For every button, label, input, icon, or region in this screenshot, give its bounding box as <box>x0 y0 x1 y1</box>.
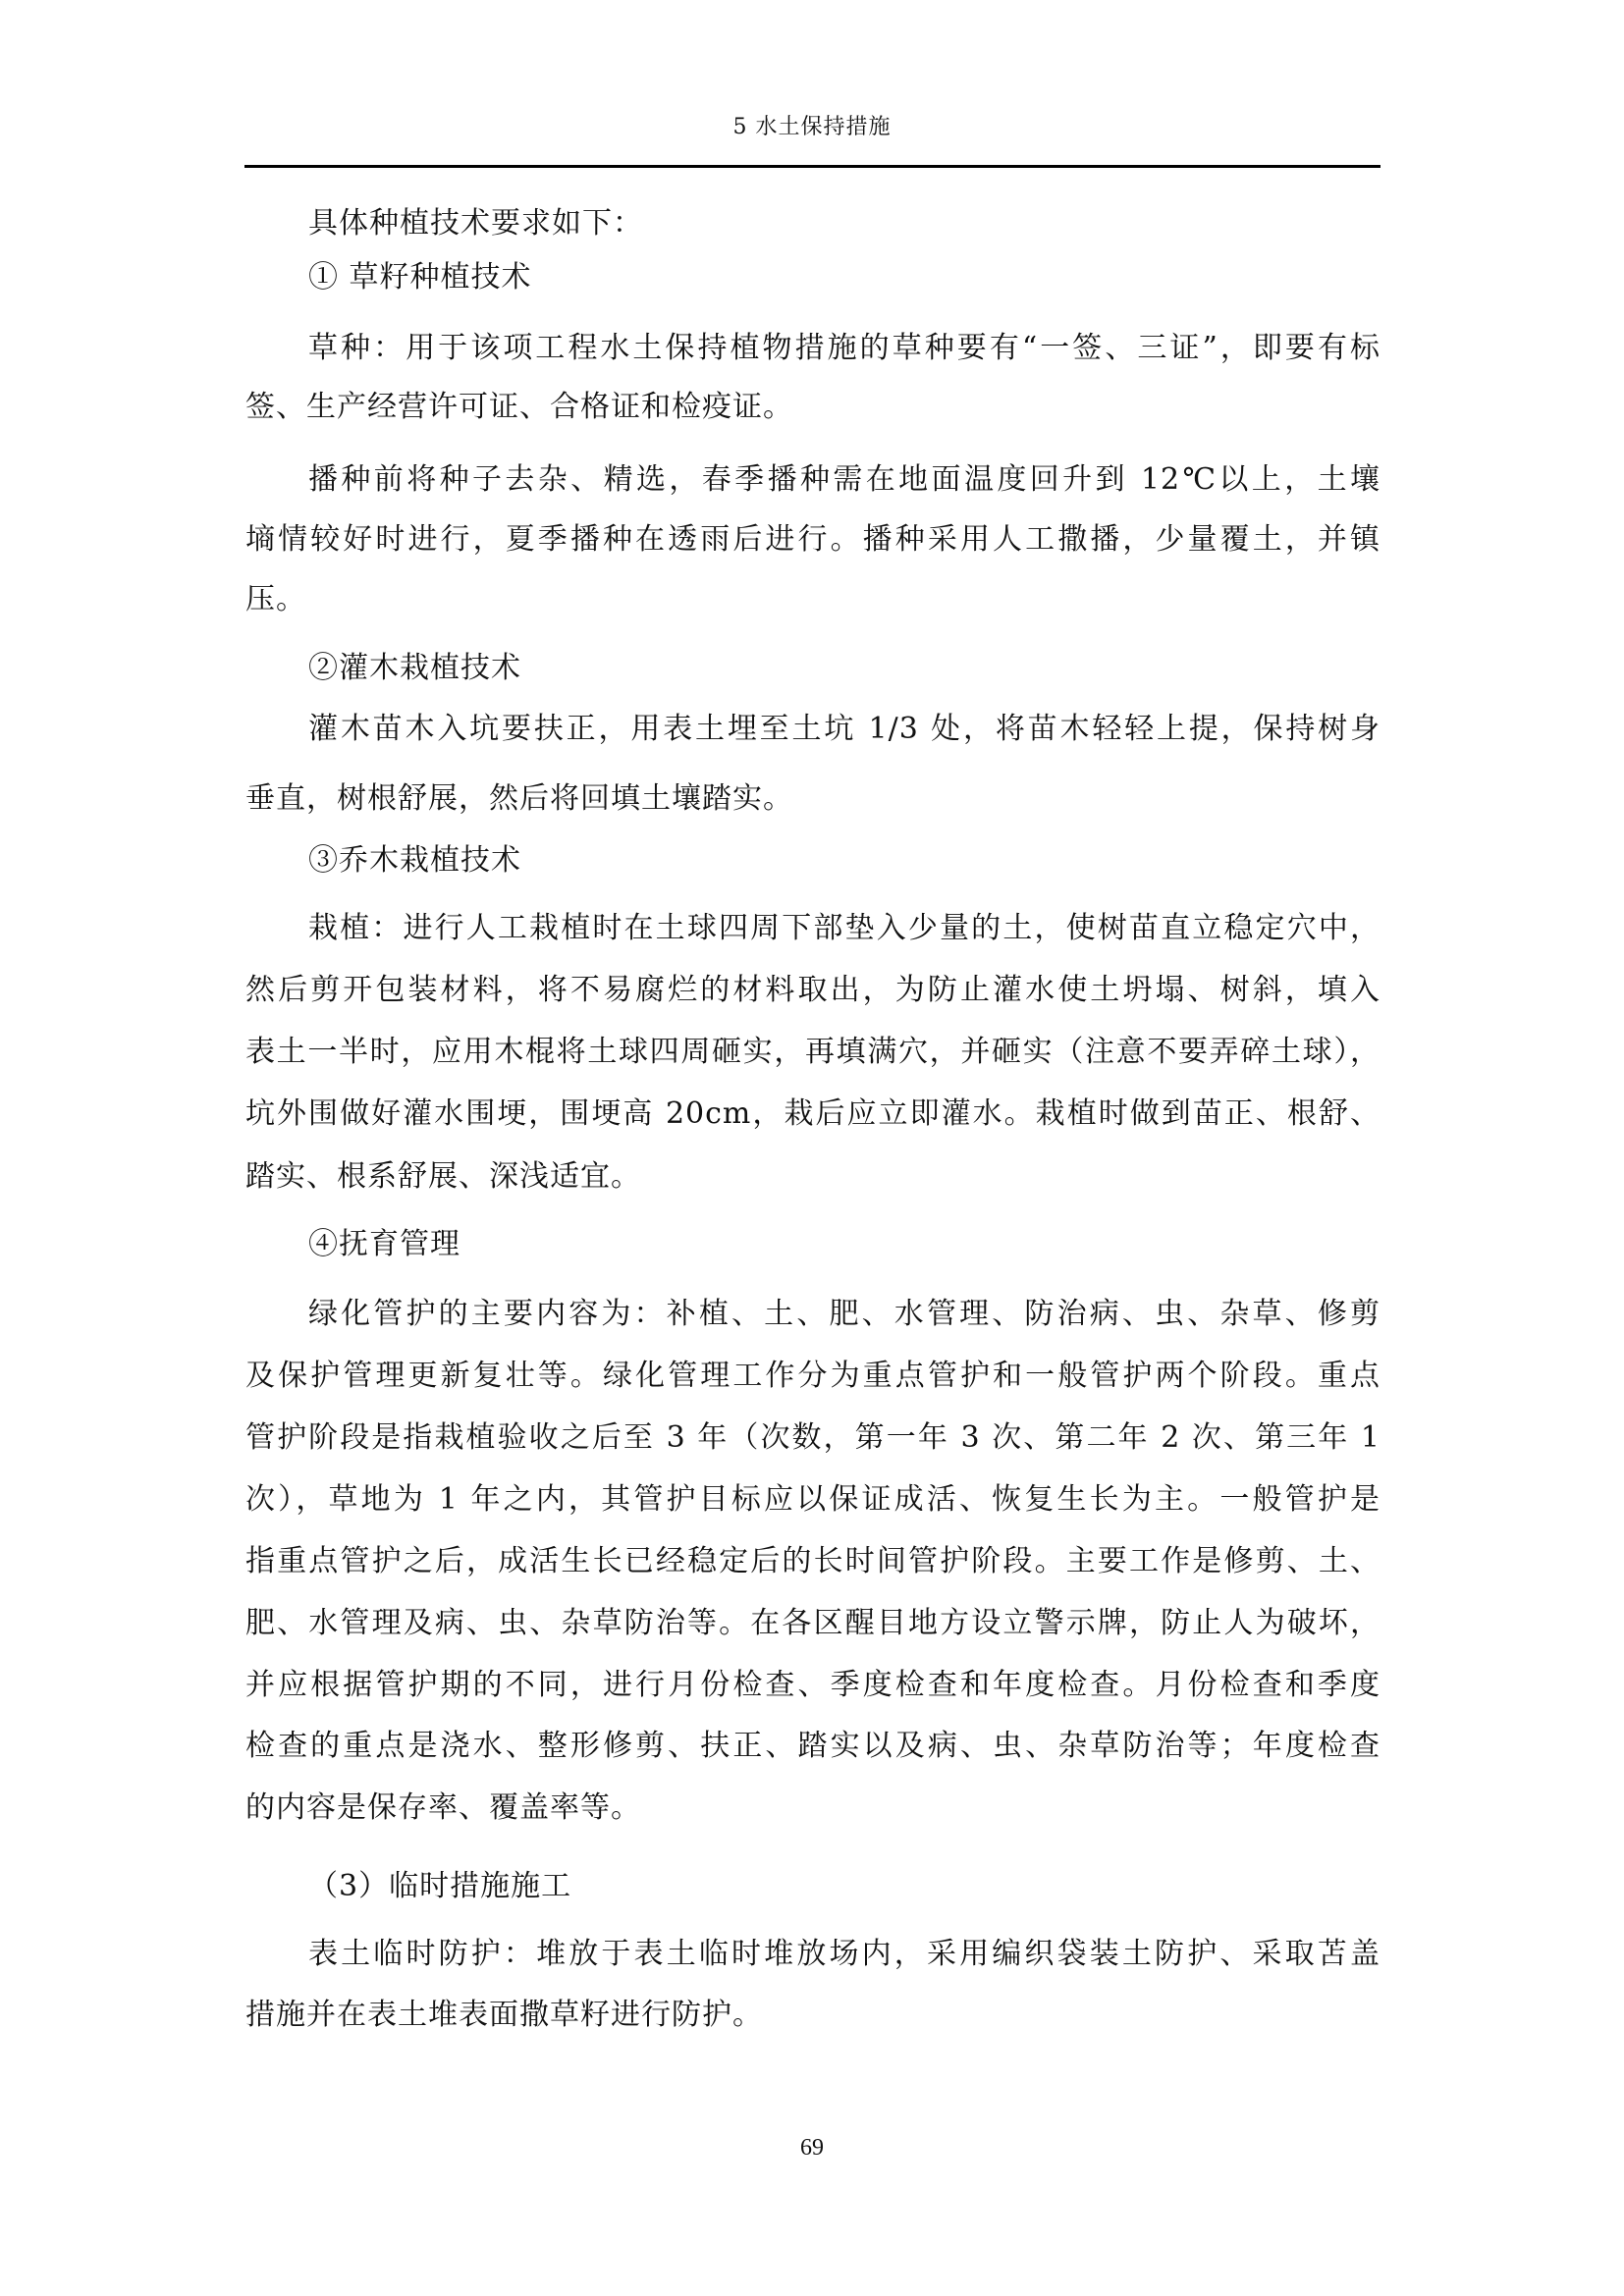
paragraph-line: 检查的重点是浇水、整形修剪、扶正、踏实以及病、虫、杂草防治等；年度检查 <box>245 1727 1380 1766</box>
paragraph-line: 表土一半时，应用木棍将土球四周砸实，再填满穴，并砸实（注意不要弄碎土球）， <box>245 1033 1380 1072</box>
paragraph-line: 压。 <box>245 580 1380 619</box>
paragraph-line: 签、生产经营许可证、合格证和检疫证。 <box>245 388 1380 427</box>
header-rule <box>244 165 1380 168</box>
paragraph-line: 措施并在表土堆表面撒草籽进行防护。 <box>245 1996 1380 2035</box>
section-heading-tree-planting: ③乔木栽植技术 <box>308 841 521 881</box>
paragraph-line: 管护阶段是指栽植验收之后至 3 年（次数，第一年 3 次、第二年 2 次、第三年… <box>245 1418 1380 1458</box>
paragraph-line: 及保护管理更新复壮等。绿化管理工作分为重点管护和一般管护两个阶段。重点 <box>245 1357 1380 1396</box>
paragraph-line: 播种前将种子去杂、精选，春季播种需在地面温度回升到 12℃以上，土壤 <box>308 460 1380 500</box>
paragraph-line: 栽植：进行人工栽植时在土球四周下部垫入少量的土，使树苗直立稳定穴中， <box>308 909 1380 948</box>
paragraph-line: 肥、水管理及病、虫、杂草防治等。在各区醒目地方设立警示牌，防止人为破坏， <box>245 1604 1380 1643</box>
paragraph-line: 绿化管护的主要内容为：补植、土、肥、水管理、防治病、虫、杂草、修剪 <box>308 1295 1380 1334</box>
paragraph-line: 草种：用于该项工程水土保持植物措施的草种要有“一签、三证”，即要有标 <box>308 329 1380 368</box>
paragraph-line: 墒情较好时进行，夏季播种在透雨后进行。播种采用人工撒播，少量覆土，并镇 <box>245 520 1380 560</box>
paragraph-line: 指重点管护之后，成活生长已经稳定后的长时间管护阶段。主要工作是修剪、土、 <box>245 1542 1380 1581</box>
section-heading-grass-seeding: ① 草籽种植技术 <box>308 258 532 297</box>
intro-line: 具体种植技术要求如下： <box>308 204 643 243</box>
section-heading-temporary-measures: （3）临时措施施工 <box>308 1867 571 1906</box>
paragraph-line: 灌木苗木入坑要扶正，用表土埋至土坑 1/3 处，将苗木轻轻上提，保持树身 <box>308 710 1380 749</box>
paragraph-line: 然后剪开包装材料，将不易腐烂的材料取出，为防止灌水使土坍塌、树斜，填入 <box>245 971 1380 1010</box>
paragraph-line: 踏实、根系舒展、深浅适宜。 <box>245 1157 1380 1197</box>
paragraph-line: 垂直，树根舒展，然后将回填土壤踏实。 <box>245 779 1380 819</box>
paragraph-line: 并应根据管护期的不同，进行月份检查、季度检查和年度检查。月份检查和季度 <box>245 1666 1380 1705</box>
page-number: 69 <box>0 2135 1624 2162</box>
paragraph-line: 表土临时防护：堆放于表土临时堆放场内，采用编织袋装土防护、采取苫盖 <box>308 1935 1380 1974</box>
section-heading-tending-management: ④抚育管理 <box>308 1225 460 1264</box>
section-heading-shrub-planting: ②灌木栽植技术 <box>308 649 521 688</box>
paragraph-line: 的内容是保存率、覆盖率等。 <box>245 1789 1380 1828</box>
paragraph-line: 次），草地为 1 年之内，其管护目标应以保证成活、恢复生长为主。一般管护是 <box>245 1480 1380 1520</box>
running-header-title: 5 水土保持措施 <box>0 110 1624 140</box>
paragraph-line: 坑外围做好灌水围埂，围埂高 20cm，栽后应立即灌水。栽植时做到苗正、根舒、 <box>245 1095 1380 1134</box>
